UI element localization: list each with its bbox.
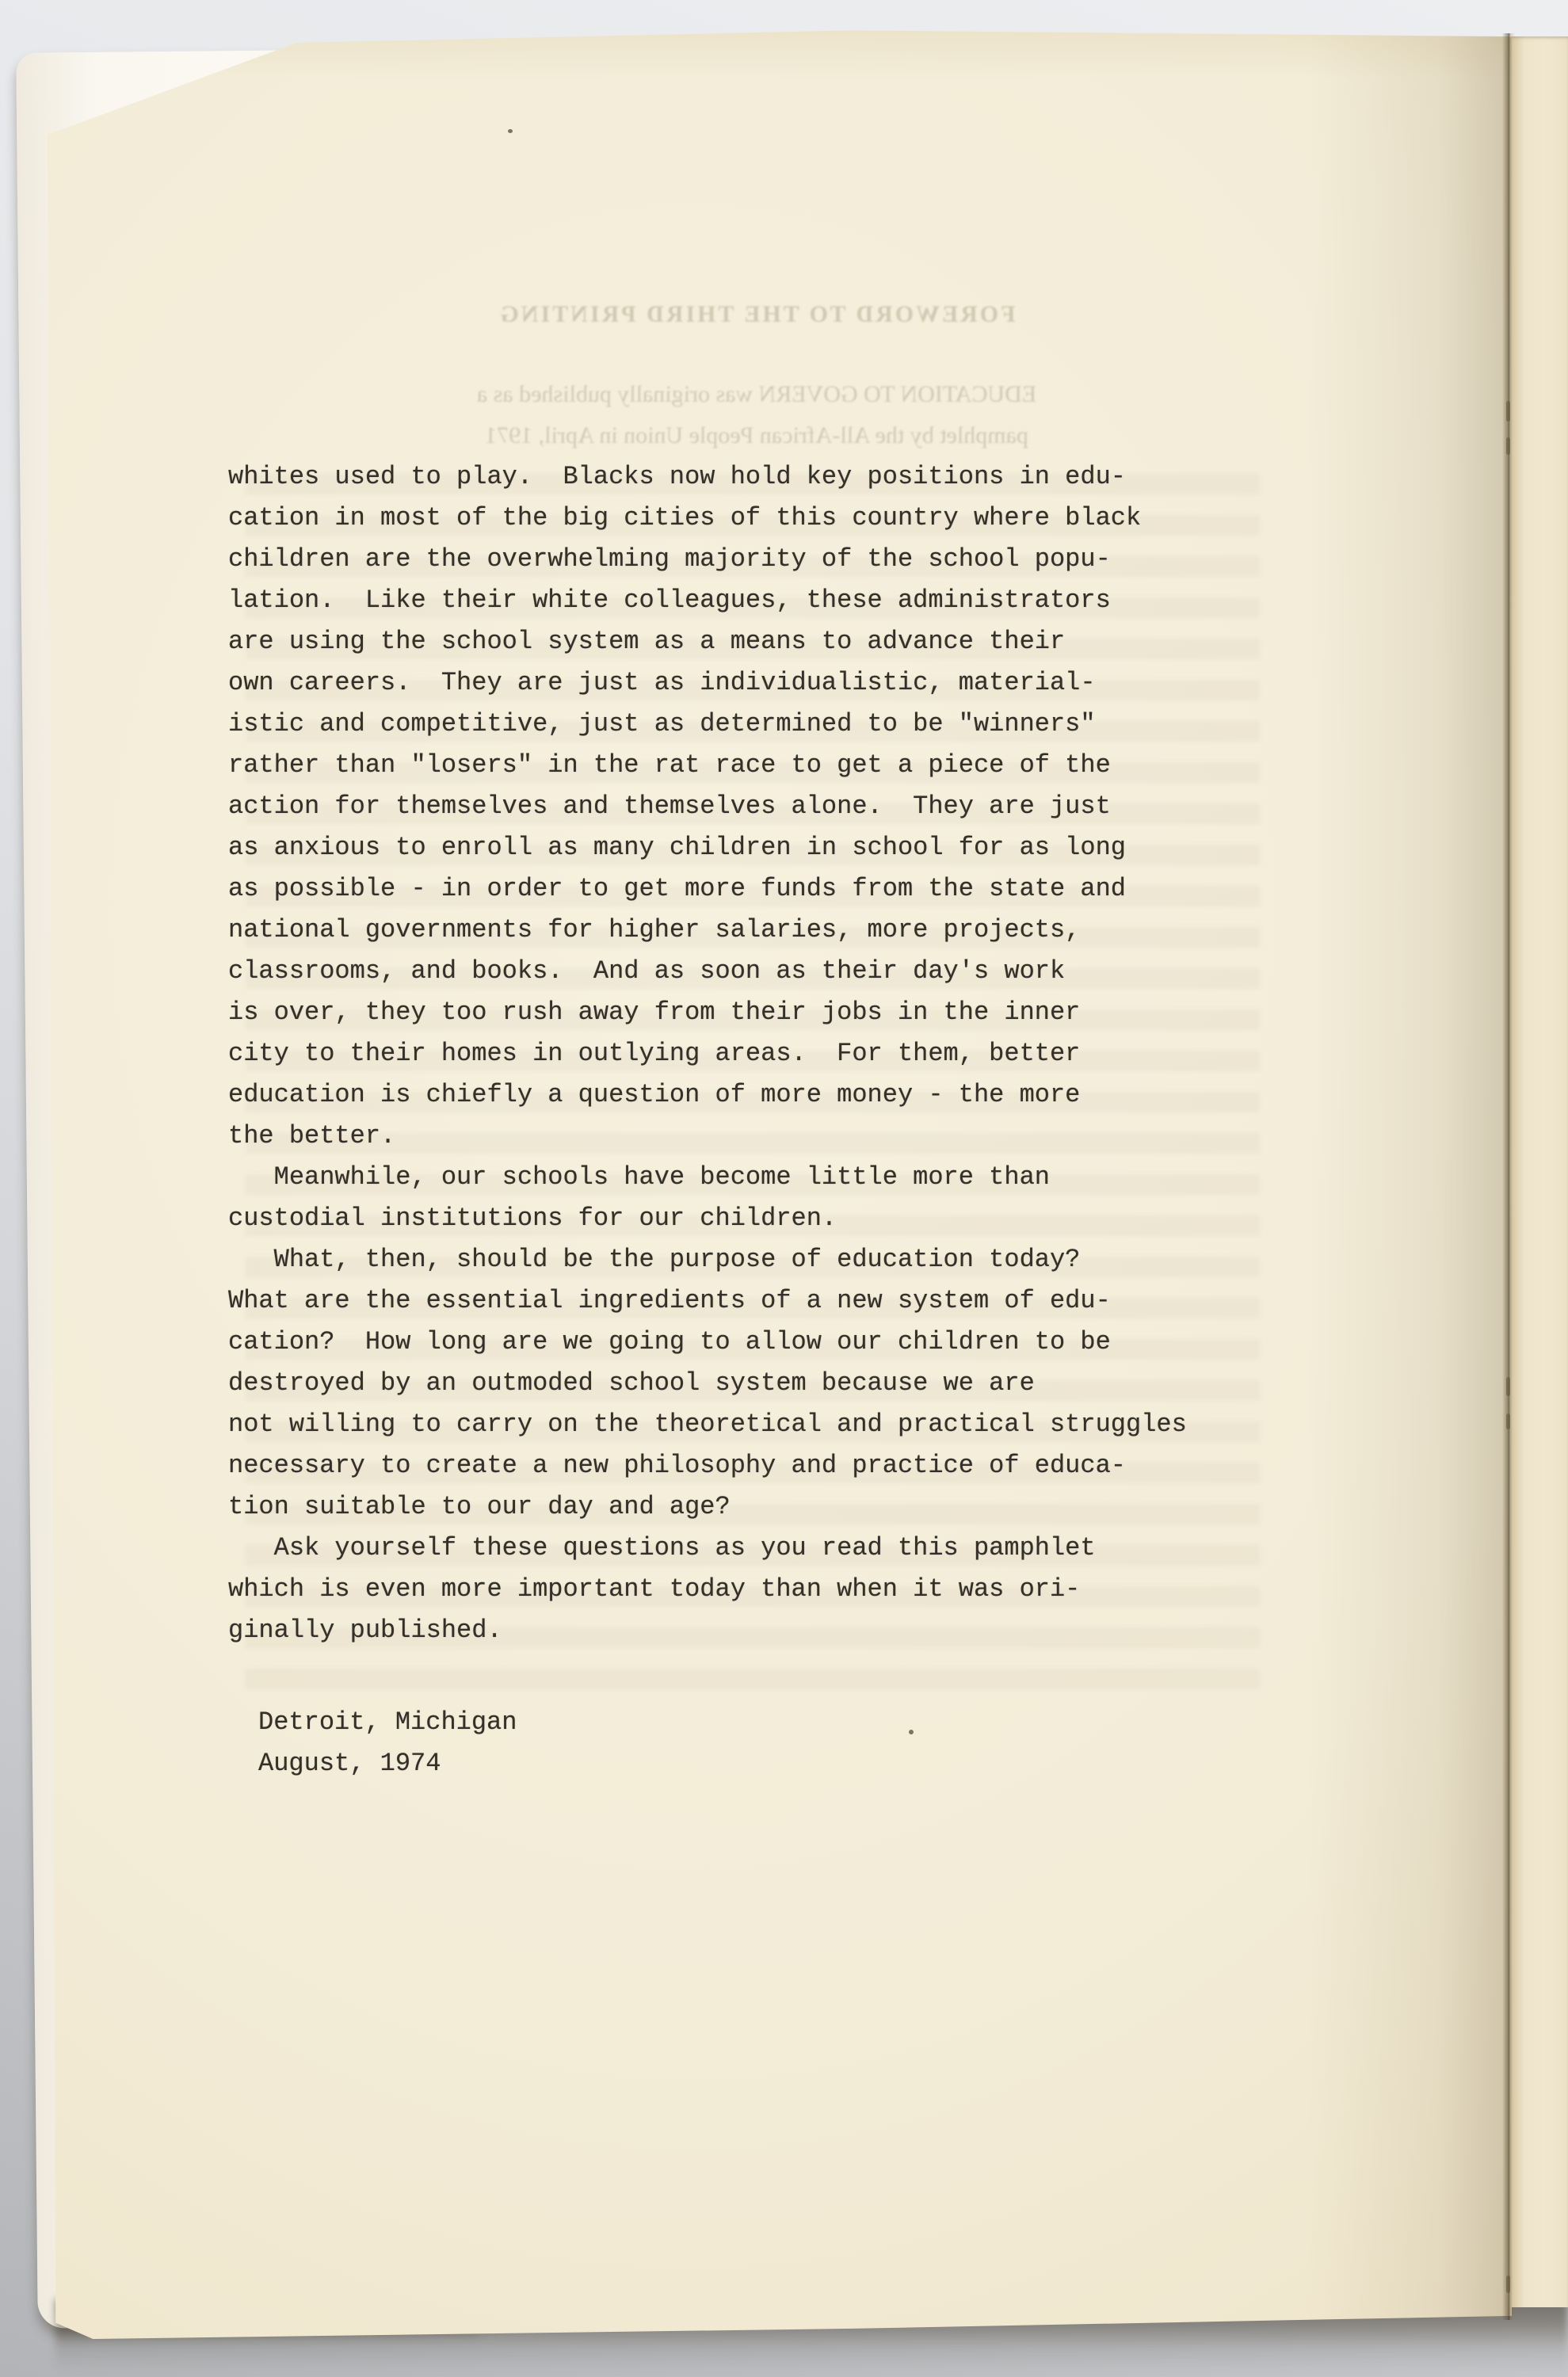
body-text: whites used to play. Blacks now hold key… — [228, 456, 1187, 1651]
text-line: August, 1974 — [258, 1743, 517, 1784]
text-line: classrooms, and books. And as soon as th… — [228, 951, 1187, 992]
text-line: custodial institutions for our children. — [228, 1198, 1187, 1239]
text-line: Detroit, Michigan — [258, 1702, 517, 1743]
stitch-mark — [1506, 437, 1510, 455]
text-line: not willing to carry on the theoretical … — [228, 1404, 1187, 1445]
text-line: tion suitable to our day and age? — [228, 1486, 1187, 1528]
text-line: destroyed by an outmoded school system b… — [228, 1363, 1187, 1404]
text-line: lation. Like their white colleagues, the… — [228, 580, 1187, 621]
text-line: Ask yourself these questions as you read… — [228, 1528, 1187, 1569]
scan-background: { "page": { "body_lines": [ "whites used… — [0, 0, 1568, 2377]
text-line: Meanwhile, our schools have become littl… — [228, 1157, 1187, 1198]
text-line: ginally published. — [228, 1610, 1187, 1651]
bleed-through-lines: EDUCATION TO GOVERN was originally publi… — [301, 374, 1212, 456]
text-line: education is chiefly a question of more … — [228, 1074, 1187, 1116]
ink-speck — [508, 129, 513, 133]
text-line: which is even more important today than … — [228, 1569, 1187, 1610]
text-line: are using the school system as a means t… — [228, 621, 1187, 662]
scanned-page: FOREWORD TO THE THIRD PRINTING EDUCATION… — [48, 29, 1512, 2339]
text-line: whites used to play. Blacks now hold key… — [228, 456, 1187, 498]
stitch-mark — [1506, 1414, 1510, 1429]
text-line: rather than "losers" in the rat race to … — [228, 745, 1187, 786]
text-line: EDUCATION TO GOVERN was originally publi… — [301, 374, 1212, 415]
bleed-through-heading: FOREWORD TO THE THIRD PRINTING — [301, 301, 1212, 328]
text-line: What, then, should be the purpose of edu… — [228, 1239, 1187, 1280]
signature-block: Detroit, MichiganAugust, 1974 — [258, 1702, 517, 1784]
text-line: is over, they too rush away from their j… — [228, 992, 1187, 1033]
text-line: as possible - in order to get more funds… — [228, 868, 1187, 910]
text-line: the better. — [228, 1116, 1187, 1157]
text-line: What are the essential ingredients of a … — [228, 1280, 1187, 1322]
text-line: national governments for higher salaries… — [228, 910, 1187, 951]
text-line: as anxious to enroll as many children in… — [228, 827, 1187, 868]
stitch-mark — [1506, 1377, 1510, 1396]
stitch-mark — [1506, 2276, 1510, 2293]
text-line: pamphlet by the All-African People Union… — [301, 415, 1212, 456]
text-line: children are the overwhelming majority o… — [228, 539, 1187, 580]
text-line: istic and competitive, just as determine… — [228, 704, 1187, 745]
text-line: city to their homes in outlying areas. F… — [228, 1033, 1187, 1074]
ink-speck — [909, 1730, 914, 1734]
text-line: cation in most of the big cities of this… — [228, 498, 1187, 539]
text-line: cation? How long are we going to allow o… — [228, 1322, 1187, 1363]
adjacent-page-edge — [1512, 36, 1568, 2307]
bleed-through-text: FOREWORD TO THE THIRD PRINTING EDUCATION… — [301, 301, 1212, 456]
text-line: necessary to create a new philosophy and… — [228, 1445, 1187, 1486]
text-line: own careers. They are just as individual… — [228, 662, 1187, 704]
text-line: action for themselves and themselves alo… — [228, 786, 1187, 827]
stitch-mark — [1506, 401, 1510, 422]
